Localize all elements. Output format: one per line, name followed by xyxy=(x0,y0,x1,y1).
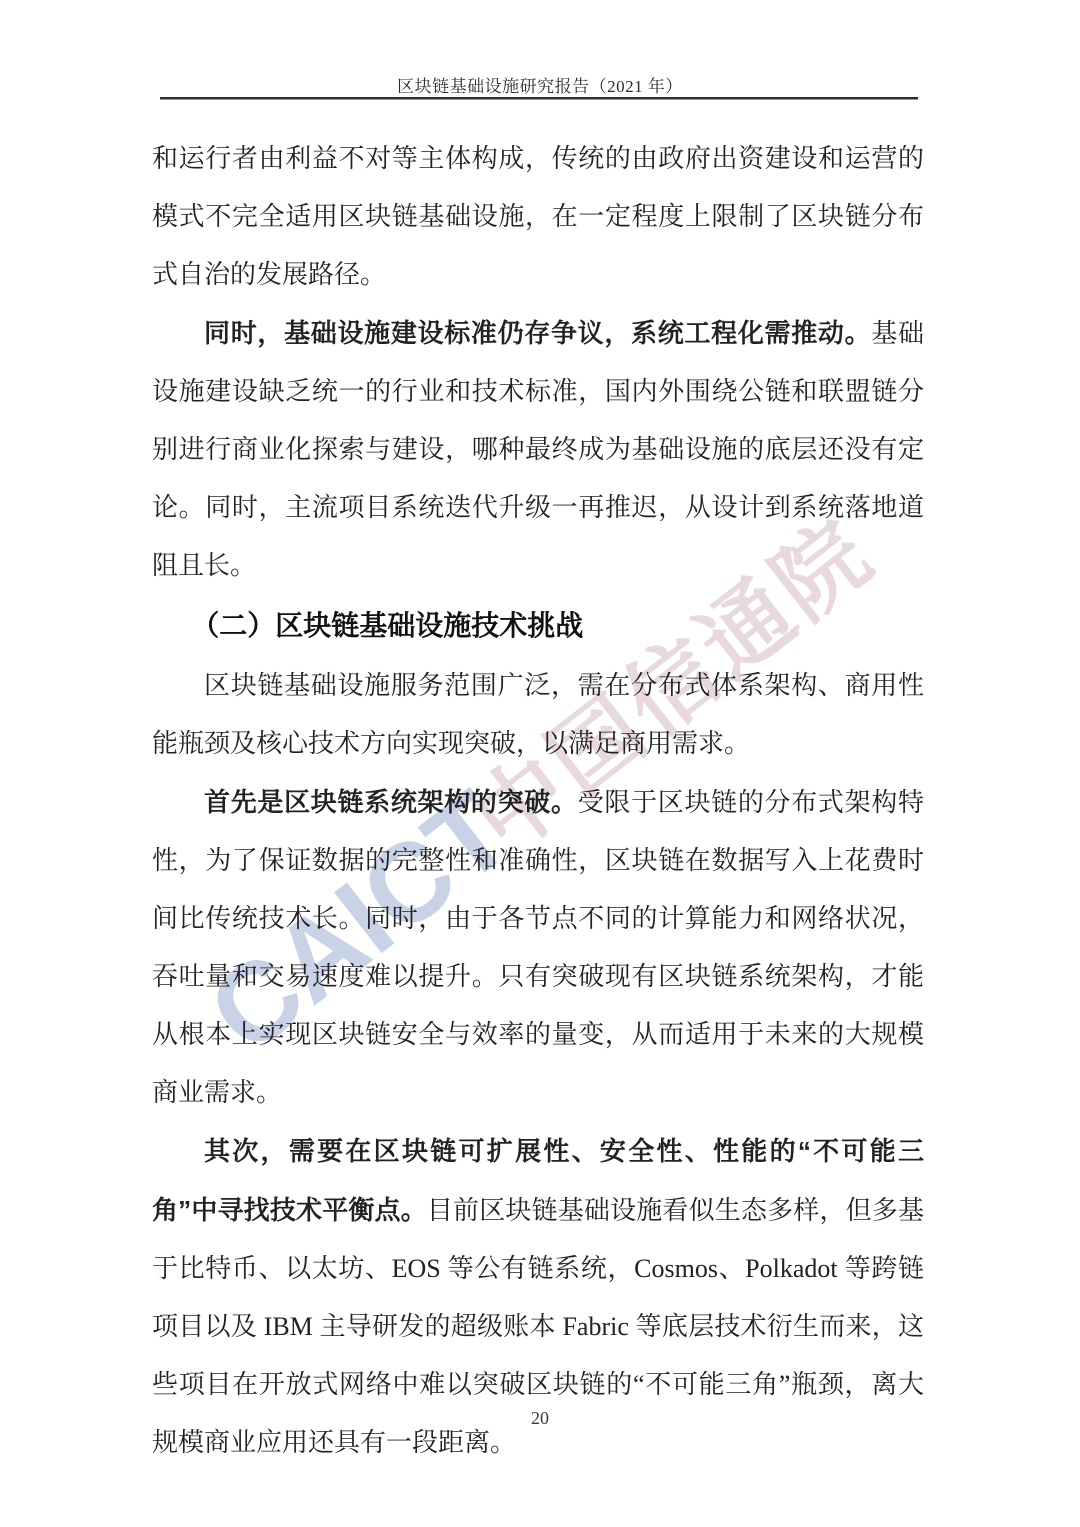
paragraph: 同时，基础设施建设标准仍存争议，系统工程化需推动。基础设施建设缺乏统一的行业和技… xyxy=(152,304,924,595)
header-rule xyxy=(160,97,918,100)
emphasis-text: 首先是区块链系统架构的突破。 xyxy=(204,787,578,817)
emphasis-text: 同时，基础设施建设标准仍存争议，系统工程化需推动。 xyxy=(204,318,871,348)
body-text: 目前区块链基础设施看似生态多样，但多基于比特币、以太坊、EOS 等公有链系统，C… xyxy=(152,1196,924,1457)
paragraph: 首先是区块链系统架构的突破。受限于区块链的分布式架构特性，为了保证数据的完整性和… xyxy=(152,773,924,1122)
body-text: 受限于区块链的分布式架构特性，为了保证数据的完整性和准确性，区块链在数据写入上花… xyxy=(152,788,924,1107)
emphasis-text: （二）区块链基础设施技术挑战 xyxy=(191,610,583,641)
document-page: 区块链基础设施研究报告（2021 年） CAICT 中国信通院 和运行者由利益不… xyxy=(0,0,1080,1527)
document-body: 和运行者由利益不对等主体构成，传统的由政府出资建设和运营的模式不完全适用区块链基… xyxy=(152,130,924,1472)
paragraph: 区块链基础设施服务范围广泛，需在分布式体系架构、商用性能瓶颈及核心技术方向实现突… xyxy=(152,657,924,773)
page-header-title: 区块链基础设施研究报告（2021 年） xyxy=(0,72,1080,97)
paragraph: 其次，需要在区块链可扩展性、安全性、性能的“不可能三角”中寻找技术平衡点。目前区… xyxy=(152,1122,924,1472)
body-text: 基础设施建设缺乏统一的行业和技术标准，国内外围绕公链和联盟链分别进行商业化探索与… xyxy=(152,319,924,580)
body-text: 和运行者由利益不对等主体构成，传统的由政府出资建设和运营的模式不完全适用区块链基… xyxy=(152,144,924,289)
body-text: 区块链基础设施服务范围广泛，需在分布式体系架构、商用性能瓶颈及核心技术方向实现突… xyxy=(152,671,924,758)
section-heading: （二）区块链基础设施技术挑战 xyxy=(152,595,924,657)
paragraph: 和运行者由利益不对等主体构成，传统的由政府出资建设和运营的模式不完全适用区块链基… xyxy=(152,130,924,304)
